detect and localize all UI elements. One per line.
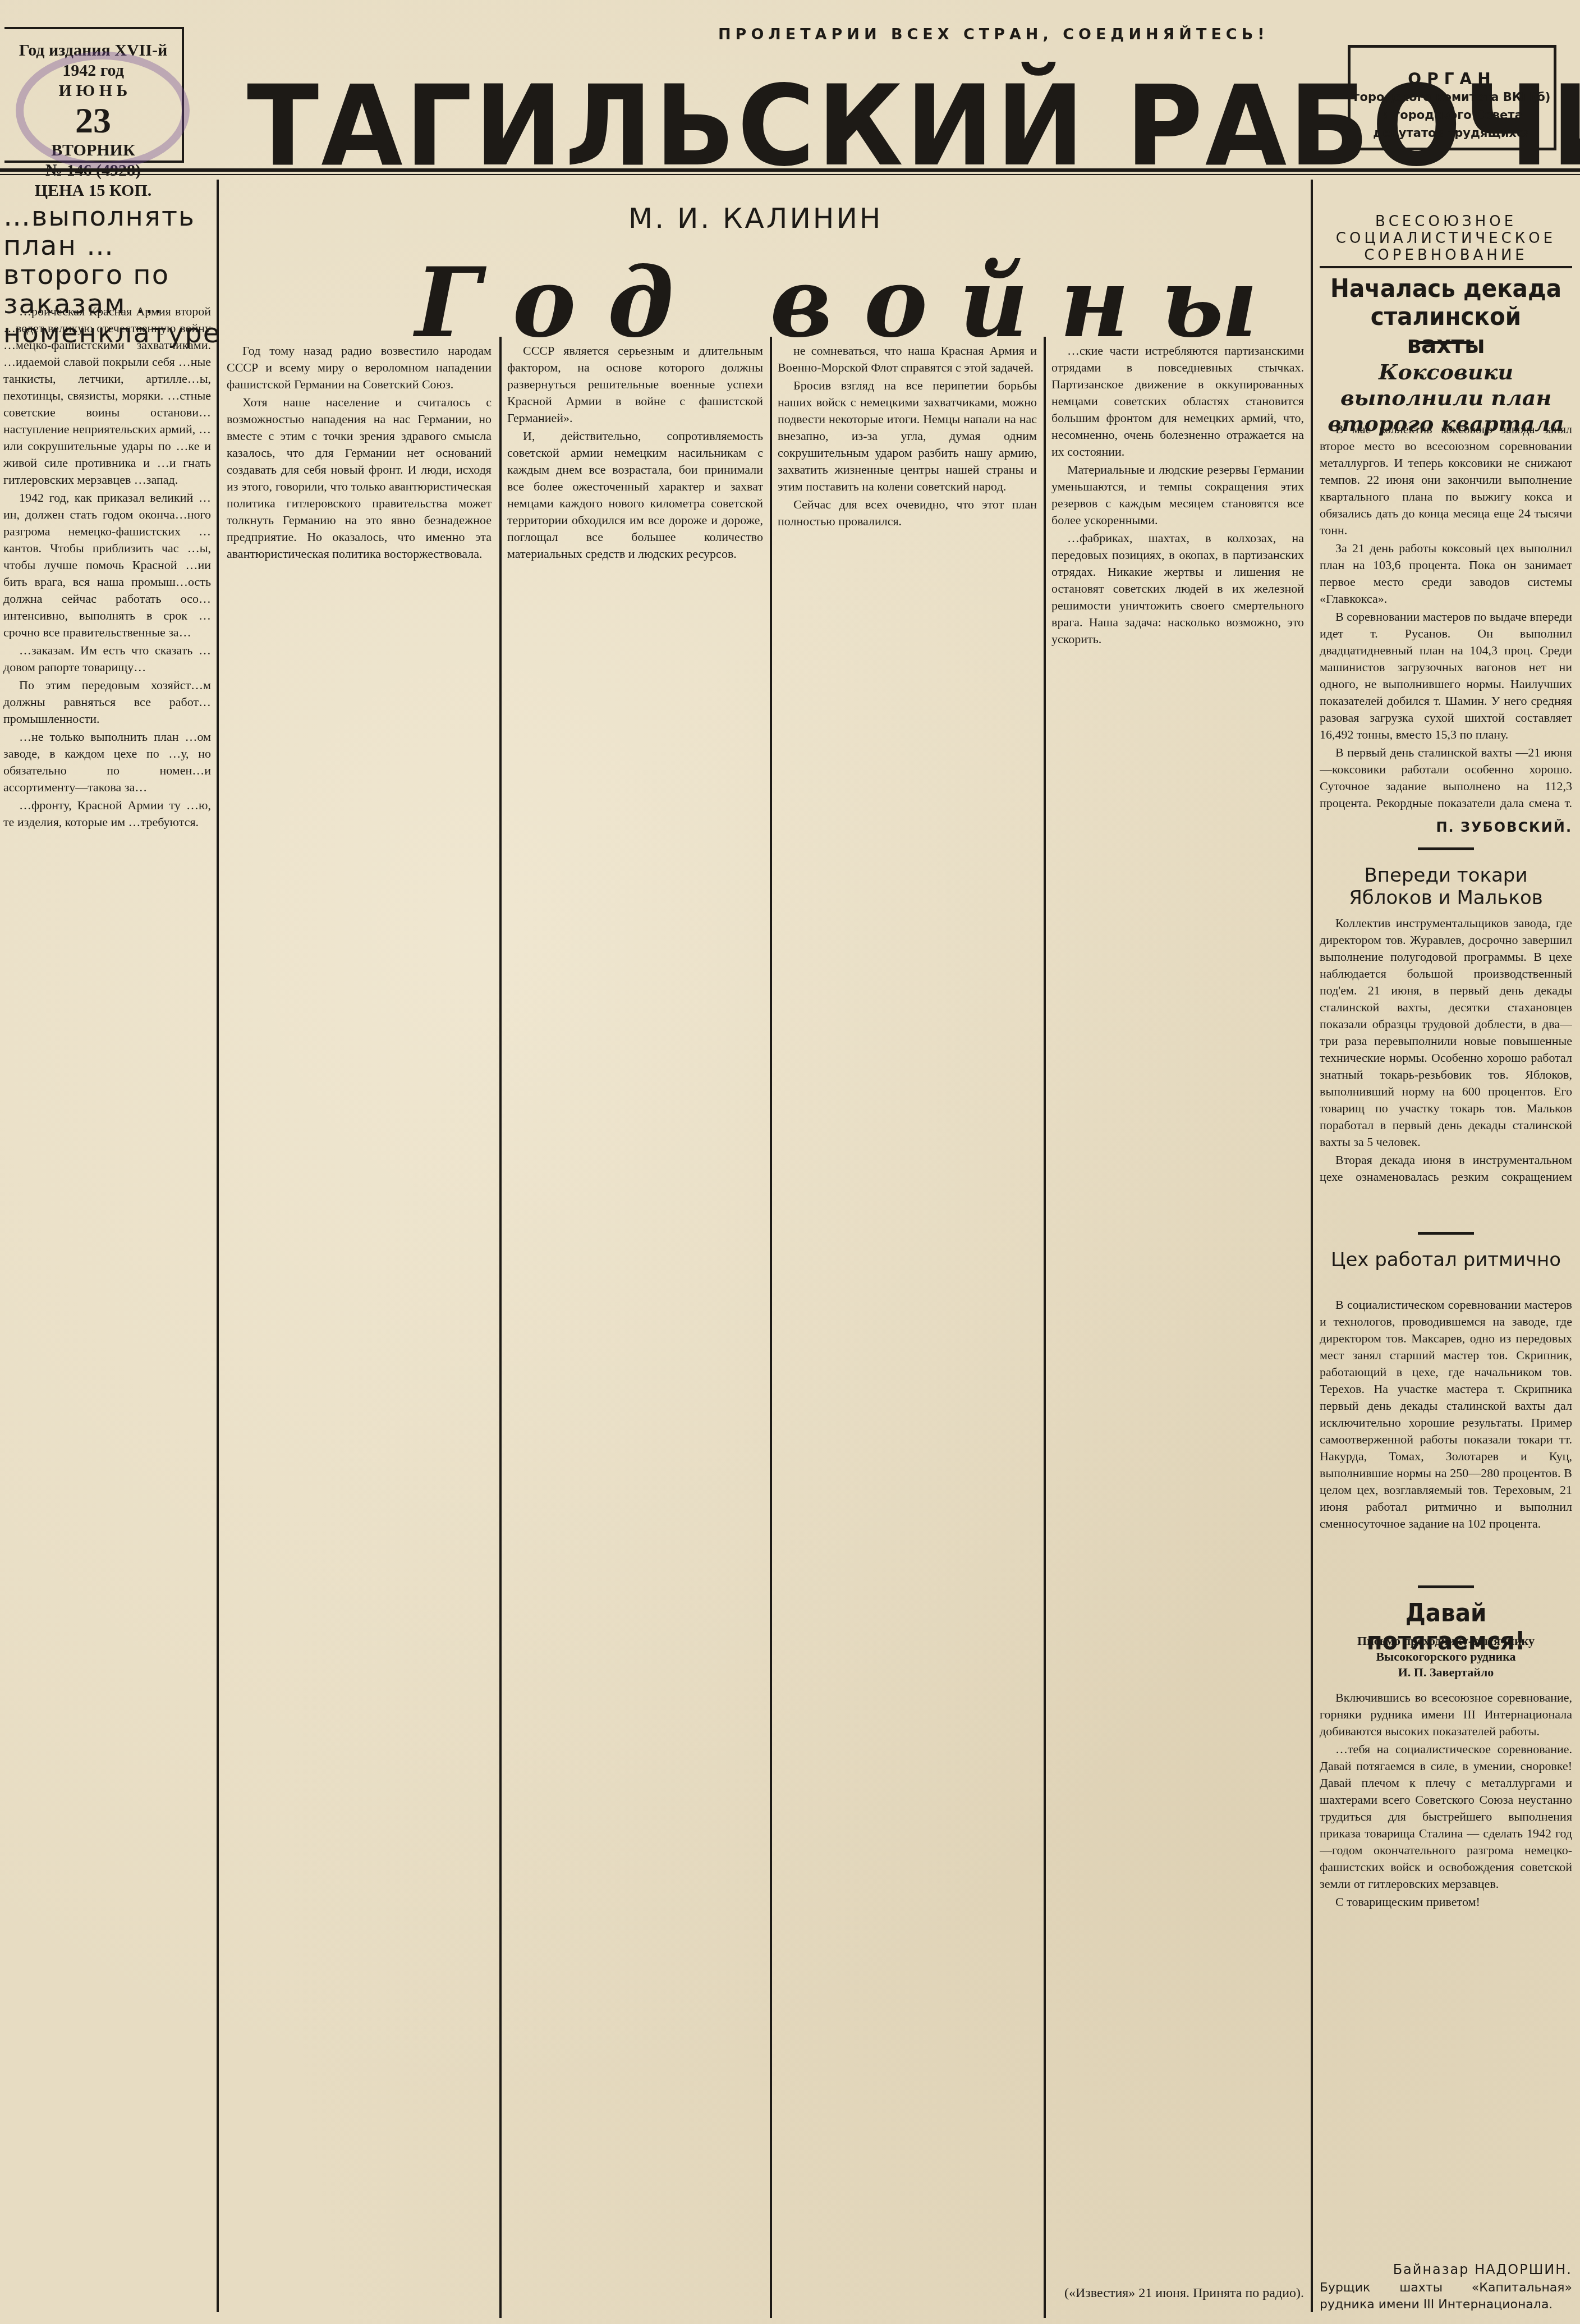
article-body-turners: Коллектив инструментальщиков завода, где… — [1320, 915, 1572, 1184]
paragraph: Вторая декада июня в инструментальном це… — [1320, 1152, 1572, 1184]
paragraph: Коллектив инструментальщиков завода, где… — [1320, 915, 1572, 1150]
main-article-column-1: Год тому назад радио возвестило народам … — [227, 342, 492, 2312]
left-article-body: …роическая Красная Армия второй …ведет в… — [3, 303, 211, 2318]
article-body-letter: Включившись во всесоюзное соревнование, … — [1320, 1689, 1572, 2250]
paragraph: Хотя наше население и считалось с возмож… — [227, 394, 492, 562]
column-divider — [770, 337, 772, 2318]
paragraph: За 21 день работы коксовый цех выполнил … — [1320, 540, 1572, 607]
article-author: М. И. КАЛИНИН — [628, 202, 883, 235]
organ-line-2: и городского Совета — [1351, 106, 1554, 124]
subtitle-line: Высокогорского рудника — [1320, 1649, 1572, 1665]
paragraph: …ские части истребляются партизанскими о… — [1051, 342, 1304, 460]
signature-zubovsky: П. ЗУБОВСКИЙ. — [1320, 819, 1572, 835]
column-divider — [1311, 180, 1313, 2312]
paragraph: В первый день сталинской вахты —21 июня—… — [1320, 744, 1572, 814]
paragraph: И, действительно, сопротивляемость совет… — [507, 428, 763, 562]
masthead-rule-thin — [0, 174, 1580, 175]
competition-label-line: СОЦИАЛИСТИЧЕСКОЕ — [1320, 230, 1572, 247]
article-source: («Известия» 21 июня. Принята по радио). — [1051, 2284, 1304, 2302]
article-body-workshop: В социалистическом соревновании мастеров… — [1320, 1296, 1572, 1577]
column-divider — [499, 337, 502, 2318]
paragraph: Бросив взгляд на все перипетии борьбы на… — [778, 377, 1037, 495]
signature-nadorshin: Байназар НАДОРШИН. — [1320, 2262, 1572, 2277]
competition-label: ВСЕСОЮЗНОЕ СОЦИАЛИСТИЧЕСКОЕ СОРЕВНОВАНИЕ — [1320, 213, 1572, 268]
paragraph: С товарищеским приветом! — [1320, 1894, 1572, 1910]
article-title-workshop: Цех работал ритмично — [1320, 1249, 1572, 1271]
paragraph: 1942 год, как приказал великий …ин, долж… — [3, 489, 211, 641]
article-body-coke: В мае коллектив коксового завода занял в… — [1320, 421, 1572, 814]
signature-role: Бурщик шахты «Капитальная» рудника имени… — [1320, 2280, 1572, 2324]
paragraph: …фронту, Красной Армии ту …ю, те изделия… — [3, 797, 211, 831]
paragraph: В социалистическом соревновании мастеров… — [1320, 1296, 1572, 1532]
paragraph: …заказам. Им есть что сказать …довом рап… — [3, 642, 211, 676]
paragraph: …фабриках, шахтах, в колхозах, на передо… — [1051, 530, 1304, 648]
article-title-turners: Впереди токари Яблоков и Мальков — [1320, 864, 1572, 909]
competition-label-line: СОРЕВНОВАНИЕ — [1320, 247, 1572, 264]
paragraph: По этим передовым хозяйст…м должны равня… — [3, 677, 211, 727]
paragraph: В мае коллектив коксового завода занял в… — [1320, 421, 1572, 539]
paragraph: В соревновании мастеров по выдаче вперед… — [1320, 608, 1572, 743]
divider-dash — [1418, 1232, 1474, 1235]
organ-line-3: депутатов трудящихся — [1351, 124, 1554, 142]
subtitle-line: И. П. Завертайло — [1320, 1665, 1572, 1680]
competition-label-line: ВСЕСОЮЗНОЕ — [1320, 213, 1572, 230]
paragraph: не сомневаться, что наша Красная Армия и… — [778, 342, 1037, 376]
main-article-column-3: не сомневаться, что наша Красная Армия и… — [778, 342, 1037, 2312]
column-divider — [1044, 337, 1046, 2318]
paragraph: Сейчас для всех очевидно, что этот план … — [778, 496, 1037, 530]
date-box: Год издания XVII-й 1942 год И Ю Н Ь 23 В… — [4, 27, 184, 163]
organ-box: ОРГАН городского комитета ВКП(б) и город… — [1348, 45, 1556, 150]
divider-dash — [1418, 1585, 1474, 1588]
main-article-column-4: …ские части истребляются партизанскими о… — [1051, 342, 1304, 2262]
paragraph: Год тому назад радио возвестило народам … — [227, 342, 492, 393]
column-divider — [217, 180, 219, 2312]
section-headline: Началась декада сталинской вахты — [1330, 275, 1562, 359]
divider-dash — [1418, 341, 1474, 344]
paragraph: …тебя на социалистическое соревнование. … — [1320, 1741, 1572, 1892]
organ-line-1: городского комитета ВКП(б) — [1351, 88, 1554, 106]
divider-dash — [1418, 847, 1474, 850]
price: ЦЕНА 15 КОП. — [4, 181, 182, 201]
paragraph: Включившись во всесоюзное соревнование, … — [1320, 1689, 1572, 1740]
paragraph: …не только выполнить план …ом заводе, в … — [3, 728, 211, 796]
subtitle-line: Письмо проходчику-тысячнику — [1320, 1633, 1572, 1649]
paragraph: …роическая Красная Армия второй …ведет в… — [3, 303, 211, 488]
slogan: ПРОЛЕТАРИИ ВСЕХ СТРАН, СОЕДИНЯЙТЕСЬ! — [718, 26, 1269, 43]
letter-subtitle: Письмо проходчику-тысячнику Высокогорско… — [1320, 1633, 1572, 1680]
main-article-column-2: СССР является серьезным и длительным фак… — [507, 342, 763, 2312]
masthead-rule — [0, 168, 1580, 172]
paragraph: СССР является серьезным и длительным фак… — [507, 342, 763, 427]
organ-label: ОРГАН — [1351, 70, 1554, 88]
library-stamp — [16, 52, 190, 169]
paragraph: Материальные и людские резервы Германии … — [1051, 461, 1304, 529]
